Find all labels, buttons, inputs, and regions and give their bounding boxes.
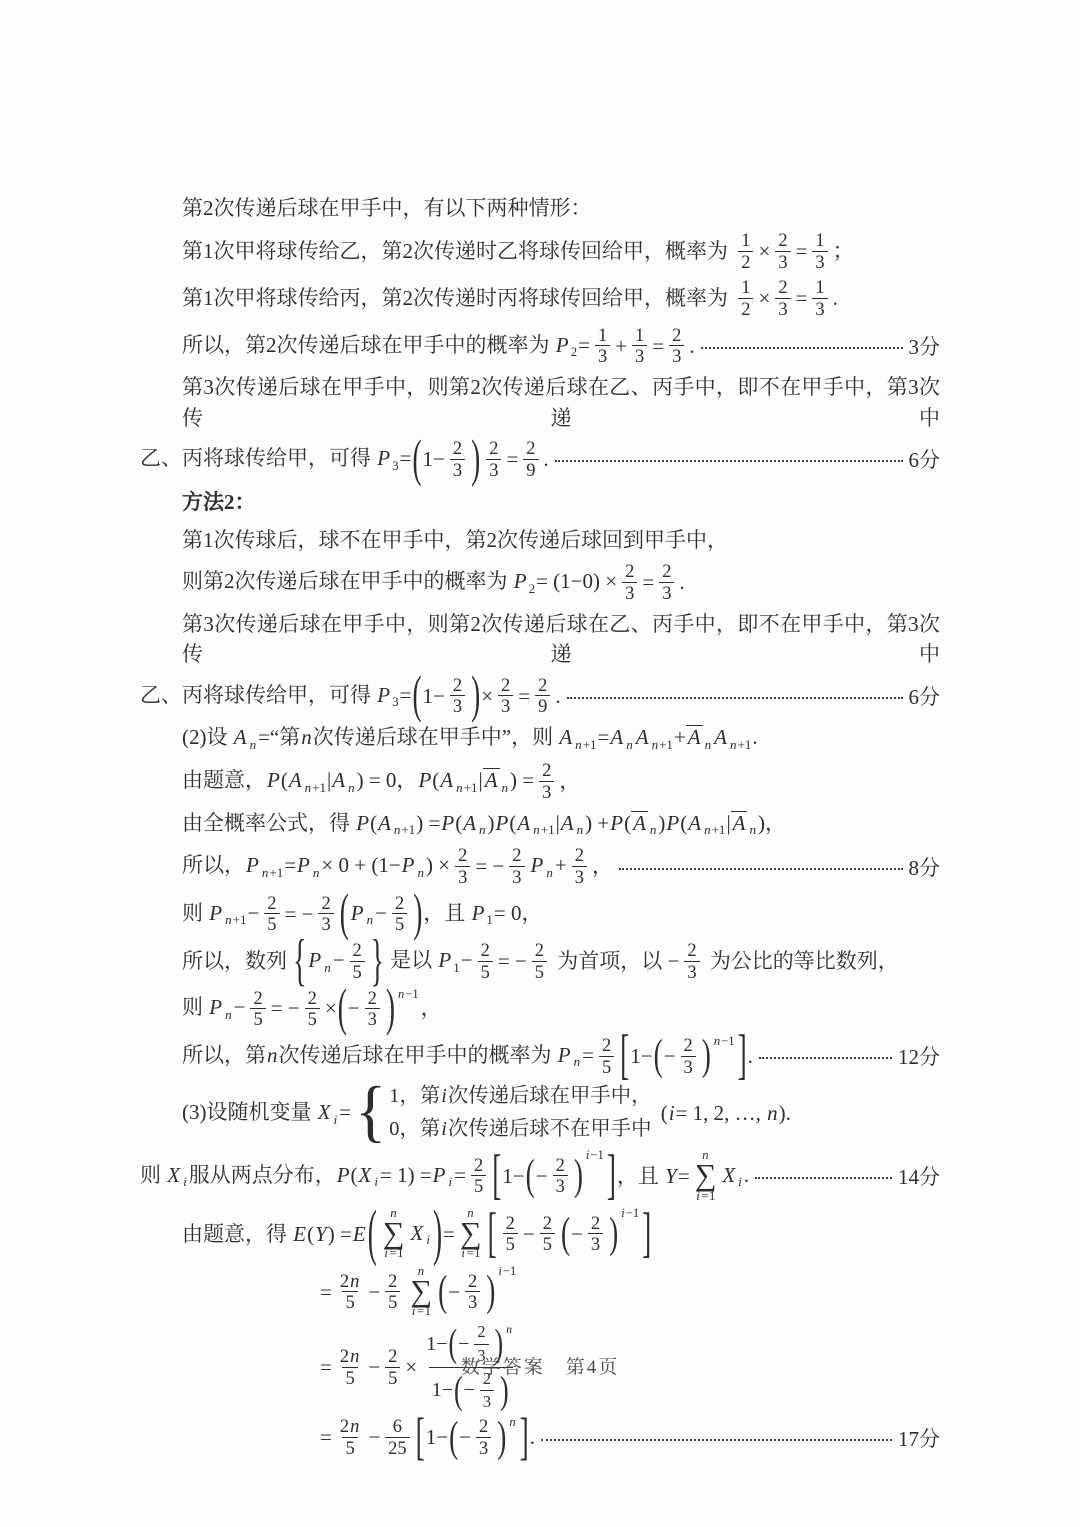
subscript: n	[322, 960, 333, 975]
subscript: n+1	[223, 912, 247, 927]
math-var: P	[530, 853, 545, 877]
math-var: i	[440, 1085, 448, 1107]
text-run: 由题意，P(An+1|An) = 0，P(An+1|An) =	[182, 765, 534, 797]
text-segment: =	[320, 1280, 332, 1304]
text-run: 由题意，得 E(Y) =E	[182, 1219, 367, 1249]
denominator: 3	[684, 961, 699, 983]
sigma-icon: ∑	[695, 1162, 717, 1189]
text-segment: ) =	[416, 811, 440, 835]
numerator: 2	[775, 230, 790, 251]
math-var: A	[635, 725, 650, 749]
text-segment: (	[351, 1163, 358, 1187]
fence: (	[340, 888, 349, 940]
text-segment: .	[833, 286, 838, 310]
math-var: P	[471, 901, 486, 925]
numerator: 2	[450, 438, 465, 459]
fence: )	[486, 1270, 495, 1314]
text-segment: −	[234, 995, 246, 1019]
subscript: n+1	[702, 822, 726, 837]
math-var: i	[737, 1174, 743, 1189]
denominator: 5	[350, 961, 365, 983]
denominator: 5	[478, 961, 493, 983]
fence: ]	[520, 1412, 529, 1464]
text-segment: −	[368, 1425, 380, 1449]
fraction: 13	[632, 325, 647, 367]
fraction: 23	[553, 1155, 568, 1197]
line: 所以，第n次传递后球在甲手中的概率为 Pn=25[1−(−23)n−1].12分	[140, 1035, 940, 1077]
sum-lower-limit: i=1	[383, 1247, 404, 1260]
fraction: 25	[305, 988, 320, 1030]
fraction: 29	[535, 675, 550, 717]
math-var: n	[397, 987, 405, 1001]
math-var: n	[545, 865, 554, 880]
math-var: n	[347, 780, 356, 795]
text-segment: =	[400, 446, 412, 470]
text-segment: .	[679, 570, 684, 594]
math-var: n	[729, 737, 738, 752]
numerator: 2	[264, 893, 279, 914]
math-var: n	[625, 737, 634, 752]
line: 由题意，得 E(Y) =E(n∑i=1Xi)=n∑i=1[25−25(−23)i…	[140, 1207, 940, 1260]
math-var: n	[574, 737, 583, 752]
text-segment: =“第	[258, 725, 300, 749]
math-var: P	[307, 948, 322, 972]
line: 所以，数列 {Pn−25} 是以 P1−25= −25 为首项，以 −23 为公…	[140, 940, 940, 982]
math-var: A	[560, 811, 575, 835]
text-run: .	[530, 1422, 535, 1452]
text-segment: × 0 + (1−	[321, 853, 400, 877]
math-var: n	[704, 737, 713, 752]
superscript: n−1	[397, 988, 419, 1002]
numerator: 1	[812, 277, 827, 298]
text-segment: −	[247, 901, 259, 925]
fence: (	[561, 1212, 570, 1256]
denominator: 3	[632, 345, 647, 367]
math-var: n	[224, 912, 233, 927]
text-run: 1−	[423, 444, 445, 474]
fence: }	[371, 933, 384, 990]
math-var: X	[409, 1221, 424, 1245]
text-run: .	[748, 1041, 753, 1071]
brace-icon: {	[355, 1082, 386, 1145]
dotted-leader	[567, 697, 903, 699]
superscript: i−1	[620, 1207, 639, 1221]
fraction: 23	[486, 438, 501, 480]
sigma-icon: ∑	[460, 1220, 482, 1247]
text-segment: 第3次传递后球在甲手中，则第2次传递后球在乙、丙手中，即不在甲手中，第3次传递中	[182, 612, 940, 666]
text-segment: =	[582, 1043, 594, 1067]
text-segment: 方法2：	[182, 490, 256, 514]
fence: ]	[607, 1148, 616, 1203]
text-segment: 服从两点分布，	[189, 1163, 336, 1187]
numerator: 2	[775, 277, 790, 298]
numerator: 2	[486, 438, 501, 459]
math-var: i	[411, 1304, 417, 1318]
math-var: n	[312, 865, 321, 880]
text-segment: 次传递后球不在甲手中	[448, 1118, 652, 1140]
math-var: A	[462, 811, 477, 835]
math-var: A	[713, 725, 728, 749]
math-var: P	[355, 811, 370, 835]
text-segment: −	[368, 1280, 380, 1304]
fraction: 13	[812, 230, 827, 272]
text-segment: 所以，第	[182, 1043, 266, 1067]
fence: (	[338, 983, 347, 1035]
subscript: 3	[391, 458, 400, 473]
text-segment: −	[461, 948, 473, 972]
text-run: 所以，Pn+1=Pn× 0 + (1−Pn) ×	[182, 850, 450, 882]
fraction: 25	[250, 988, 265, 1030]
math-var: E	[352, 1222, 367, 1246]
text-run: =	[796, 236, 808, 266]
denominator: 2	[738, 298, 753, 320]
text-segment: =	[454, 1163, 466, 1187]
line: 乙、丙将球传给甲，可得 P3=(1−23)23=29.6分	[140, 438, 940, 480]
fence: )	[471, 670, 480, 722]
math-var: n	[349, 1271, 360, 1291]
text-segment: 1−	[502, 1164, 524, 1188]
superscript: i−1	[497, 1265, 516, 1279]
line: 第3次传递后球在甲手中，则第2次传递后球在乙、丙手中，即不在甲手中，第3次传递中	[140, 372, 940, 433]
denominator: 3	[450, 695, 465, 717]
text-segment: 则第2次传递后球在甲手中的概率为	[182, 569, 513, 593]
score-label: 3分	[909, 331, 941, 361]
text-segment: ；	[833, 239, 854, 263]
math-var: n	[573, 1054, 582, 1069]
math-var: n	[304, 780, 313, 795]
text-run: 1−	[432, 1376, 453, 1405]
denominator: 5	[503, 1233, 518, 1255]
fraction: 23	[509, 845, 524, 887]
line: 则 Xi服从两点分布，P(Xi= 1) =Pi=25[1−(−23)i−1]，且…	[140, 1149, 940, 1202]
math-var: P	[376, 446, 391, 470]
denominator: 3	[588, 1233, 603, 1255]
text-segment: =	[796, 286, 808, 310]
math-var: i	[383, 1246, 389, 1260]
text-run: .	[544, 444, 549, 474]
text-segment: +	[555, 853, 567, 877]
text-segment: (	[655, 1101, 667, 1125]
superscript: n	[508, 1416, 516, 1430]
fence: (	[654, 1034, 663, 1078]
math-var: i	[585, 1148, 591, 1162]
score-label: 6分	[909, 681, 941, 711]
subscript: n+1	[531, 822, 555, 837]
subscript: n+1	[650, 737, 674, 752]
numerator: 2	[465, 1271, 480, 1292]
fraction: 12	[738, 230, 753, 272]
superscript: n−1	[713, 1035, 735, 1049]
text-segment: 次传递后球在甲手中”，则	[313, 725, 559, 749]
math-var: P	[296, 853, 311, 877]
numerator: 2	[471, 1155, 486, 1176]
text-segment: ) ×	[426, 853, 450, 877]
fraction: 23	[775, 230, 790, 272]
dotted-leader	[619, 868, 903, 870]
text-run: 第1次甲将球传给乙，第2次传递时乙将球传回给甲，概率为	[182, 236, 733, 266]
fraction: 23	[681, 1035, 696, 1077]
text-segment: )，	[758, 811, 786, 835]
math-var: A	[632, 811, 647, 835]
subscript: i	[424, 1232, 432, 1247]
text-run: (i= 1, 2, …, n).	[655, 1098, 790, 1128]
numerator: 2	[250, 988, 265, 1009]
math-var: n	[455, 780, 464, 795]
math-var: n	[748, 822, 757, 837]
text-run: 1，第i次传递后球在甲手中，	[389, 1082, 651, 1112]
denominator: 3	[476, 1437, 491, 1459]
sum-lower-limit: i=1	[695, 1190, 716, 1203]
subscript: n	[544, 865, 555, 880]
text-run: 所以，数列	[182, 946, 292, 976]
text-run: 第3次传递后球在甲手中，则第2次传递后球在乙、丙手中，即不在甲手中，第3次传递中	[182, 609, 940, 670]
math-var: i	[620, 1206, 626, 1220]
denominator: 5	[471, 1175, 486, 1197]
text-run: ，且 Y=	[617, 1161, 690, 1191]
math-var: n	[713, 1034, 721, 1048]
math-var: E	[292, 1222, 307, 1246]
fraction: 23	[450, 438, 465, 480]
numerator: 2	[572, 845, 587, 866]
text-segment: 次传递后球在甲手中的概率为	[279, 1043, 557, 1067]
math-var: P	[350, 901, 365, 925]
numerator: 2	[539, 760, 554, 781]
fence: (	[412, 670, 421, 722]
numerator: 2	[305, 988, 320, 1009]
text-segment: −	[333, 948, 345, 972]
fraction: 23	[318, 893, 333, 935]
text-run: −	[523, 1219, 535, 1249]
numerator: 2n	[337, 1271, 363, 1292]
math-var: i	[182, 1174, 188, 1189]
text-segment: =	[598, 725, 610, 749]
subscript: n	[346, 780, 357, 795]
subscript: i	[736, 1174, 744, 1189]
text-segment: ×	[325, 996, 337, 1020]
math-var: i	[668, 1101, 676, 1125]
math-var: P	[557, 1043, 572, 1067]
fence: )	[609, 1212, 618, 1256]
subscript: n	[500, 780, 511, 795]
text-segment: ，且	[617, 1164, 664, 1188]
subscript: i	[181, 1174, 189, 1189]
fraction: 2n5	[337, 1271, 363, 1313]
math-var: n	[249, 737, 258, 752]
math-var: n	[393, 822, 402, 837]
fraction: 29	[523, 438, 538, 480]
math-var: P	[208, 995, 223, 1019]
denominator: 25	[385, 1437, 409, 1459]
text-run: −	[368, 1422, 380, 1452]
text-segment: −	[464, 1379, 475, 1401]
denominator: 5	[385, 1291, 400, 1313]
fraction: 25	[471, 1155, 486, 1197]
text-run: 则 Pn−	[182, 992, 245, 1024]
line: (2)设 An=“第n次传递后球在甲手中”，则 An+1=AnAn+1+AnAn…	[140, 722, 940, 755]
denominator: 5	[264, 913, 279, 935]
text-segment: −	[536, 1164, 548, 1188]
fraction: 23	[669, 325, 684, 367]
math-var: P	[665, 811, 680, 835]
numerator: 1	[738, 277, 753, 298]
math-var: n	[766, 1101, 779, 1125]
numerator: 2	[392, 893, 407, 914]
text-run: −	[348, 993, 360, 1023]
math-var: n	[366, 912, 375, 927]
score-label: 17分	[898, 1423, 940, 1453]
text-segment: =	[506, 447, 518, 471]
line: 第1次甲将球传给乙，第2次传递时乙将球传回给甲，概率为 12×23=13；	[140, 230, 940, 272]
document-content: 第2次传递后球在甲手中，有以下两种情形：第1次甲将球传给乙，第2次传递时乙将球传…	[140, 192, 940, 1464]
numerator: 2	[553, 1155, 568, 1176]
numerator: 2	[385, 1271, 400, 1292]
math-var: n	[501, 780, 510, 795]
text-segment: 由题意，得	[182, 1222, 292, 1246]
fraction: 23	[365, 988, 380, 1030]
fraction: 23	[775, 277, 790, 319]
denominator: 3	[681, 1056, 696, 1078]
text-segment: 是以	[385, 948, 438, 972]
numerator: 6	[390, 1416, 405, 1437]
denominator: 2	[738, 251, 753, 273]
fraction: 25	[540, 1213, 555, 1255]
superscript: n	[505, 1323, 513, 1336]
math-var: n	[349, 1416, 360, 1436]
answer-sheet-page: 第2次传递后球在甲手中，有以下两种情形：第1次甲将球传给乙，第2次传递时乙将球传…	[0, 0, 1080, 1527]
fence: (	[526, 1154, 535, 1198]
fence: [	[488, 1206, 497, 1261]
math-var: P	[440, 811, 455, 835]
math-var: P	[401, 853, 416, 877]
fence: [	[620, 1029, 629, 1084]
text-run: 1−	[502, 1161, 524, 1191]
denominator: 5	[250, 1008, 265, 1030]
line: (3)设随机变量 Xi={1，第i次传递后球在甲手中，0，第i次传递后球不在甲手…	[140, 1082, 940, 1144]
subscript: n	[747, 822, 758, 837]
text-run: ×	[758, 283, 770, 313]
math-var: i	[373, 1174, 379, 1189]
text-run: 所以，第n次传递后球在甲手中的概率为 Pn=	[182, 1040, 594, 1072]
text-segment: ) =	[510, 768, 534, 792]
subscript: n+1	[728, 737, 752, 752]
text-segment: = 1) =	[380, 1163, 432, 1187]
overline-group: A	[483, 768, 500, 791]
text-segment: .	[752, 725, 757, 749]
fraction: 23	[450, 675, 465, 717]
text-segment: = −	[285, 902, 314, 926]
text-segment: (2)设	[182, 725, 233, 749]
math-var: i	[425, 1232, 431, 1247]
math-var: i	[460, 1246, 466, 1260]
text-segment: =	[652, 334, 664, 358]
case-row: 1，第i次传递后球在甲手中，	[389, 1082, 651, 1112]
numerator: 2	[450, 675, 465, 696]
denominator: 9	[523, 459, 538, 481]
numerator: 1	[632, 325, 647, 346]
fence: )	[497, 1416, 506, 1460]
summation: n∑i=1	[383, 1207, 405, 1260]
denominator: 5	[342, 1437, 357, 1459]
fraction: 625	[385, 1416, 409, 1458]
math-var: P	[555, 333, 570, 357]
fraction: 13	[812, 277, 827, 319]
text-segment: ).	[779, 1101, 791, 1125]
math-var: n	[651, 737, 660, 752]
text-run: =	[642, 567, 654, 597]
math-var: Y	[664, 1164, 678, 1188]
fraction: 25	[350, 940, 365, 982]
text-segment: .	[544, 447, 549, 471]
denominator: 3	[498, 695, 513, 717]
text-run: 是以 P1−	[385, 945, 473, 977]
dotted-leader	[701, 347, 903, 349]
math-var: n	[300, 725, 313, 749]
text-segment: 所以，数列	[182, 949, 292, 973]
text-segment: = (1−0) ×	[536, 569, 617, 593]
text-run: (3)设随机变量 Xi=	[182, 1097, 351, 1129]
text-segment: +	[674, 725, 686, 749]
text-run: −	[448, 1277, 460, 1307]
text-segment: (	[281, 768, 288, 792]
text-segment: 乙、丙将球传给甲，可得	[140, 446, 376, 470]
text-segment: =	[443, 1222, 455, 1246]
numerator: 1	[738, 230, 753, 251]
text-run: = −	[285, 899, 314, 929]
text-segment: 第2次传递后球在甲手中，有以下两种情形：	[182, 196, 592, 220]
text-segment: 为公比的等比数列，	[705, 949, 899, 973]
text-segment: (3)设随机变量	[182, 1100, 317, 1124]
text-run: 乙、丙将球传给甲，可得 P3=	[140, 680, 411, 712]
superscript: i−1	[585, 1149, 604, 1163]
text-run: ；	[833, 236, 854, 266]
text-run: =	[320, 1422, 332, 1452]
score-label: 12分	[898, 1041, 940, 1071]
text-run: = −	[475, 851, 504, 881]
page-footer: 数学答案 第4页	[0, 1352, 1080, 1379]
subscript: n+1	[573, 737, 597, 752]
text-segment: 1−	[630, 1044, 652, 1068]
subscript: n	[223, 1007, 234, 1022]
fence: ]	[738, 1029, 747, 1084]
fraction: 25	[392, 893, 407, 935]
denominator: 5	[599, 1056, 614, 1078]
numerator: 2	[509, 845, 524, 866]
numerator: 2n	[337, 1416, 363, 1437]
math-var: A	[377, 811, 392, 835]
text-segment: ，	[559, 769, 580, 793]
denominator: 3	[775, 251, 790, 273]
fence: {	[293, 933, 306, 990]
text-segment: =	[642, 570, 654, 594]
text-segment: 第1次甲将球传给丙，第2次传递时丙将球传回给甲，概率为	[182, 286, 733, 310]
fraction: 25	[532, 940, 547, 982]
numerator: 1	[595, 325, 610, 346]
subscript: n+1	[303, 780, 327, 795]
text-run: 由全概率公式，得 P(An+1) =P(An)P(An+1|An) +P(An)…	[182, 808, 786, 840]
math-var: A	[609, 725, 624, 749]
dotted-leader	[759, 1057, 892, 1059]
text-run: +	[615, 331, 627, 361]
text-run: = −	[271, 993, 300, 1023]
text-segment: −	[459, 1425, 471, 1449]
math-var: A	[516, 811, 531, 835]
text-segment: 由题意，	[182, 768, 266, 792]
sum-lower-limit: i=1	[460, 1247, 481, 1260]
text-segment: 1−	[423, 684, 445, 708]
text-segment: 则	[182, 901, 208, 925]
fence: (	[368, 1202, 377, 1265]
numerator: 2	[318, 893, 333, 914]
